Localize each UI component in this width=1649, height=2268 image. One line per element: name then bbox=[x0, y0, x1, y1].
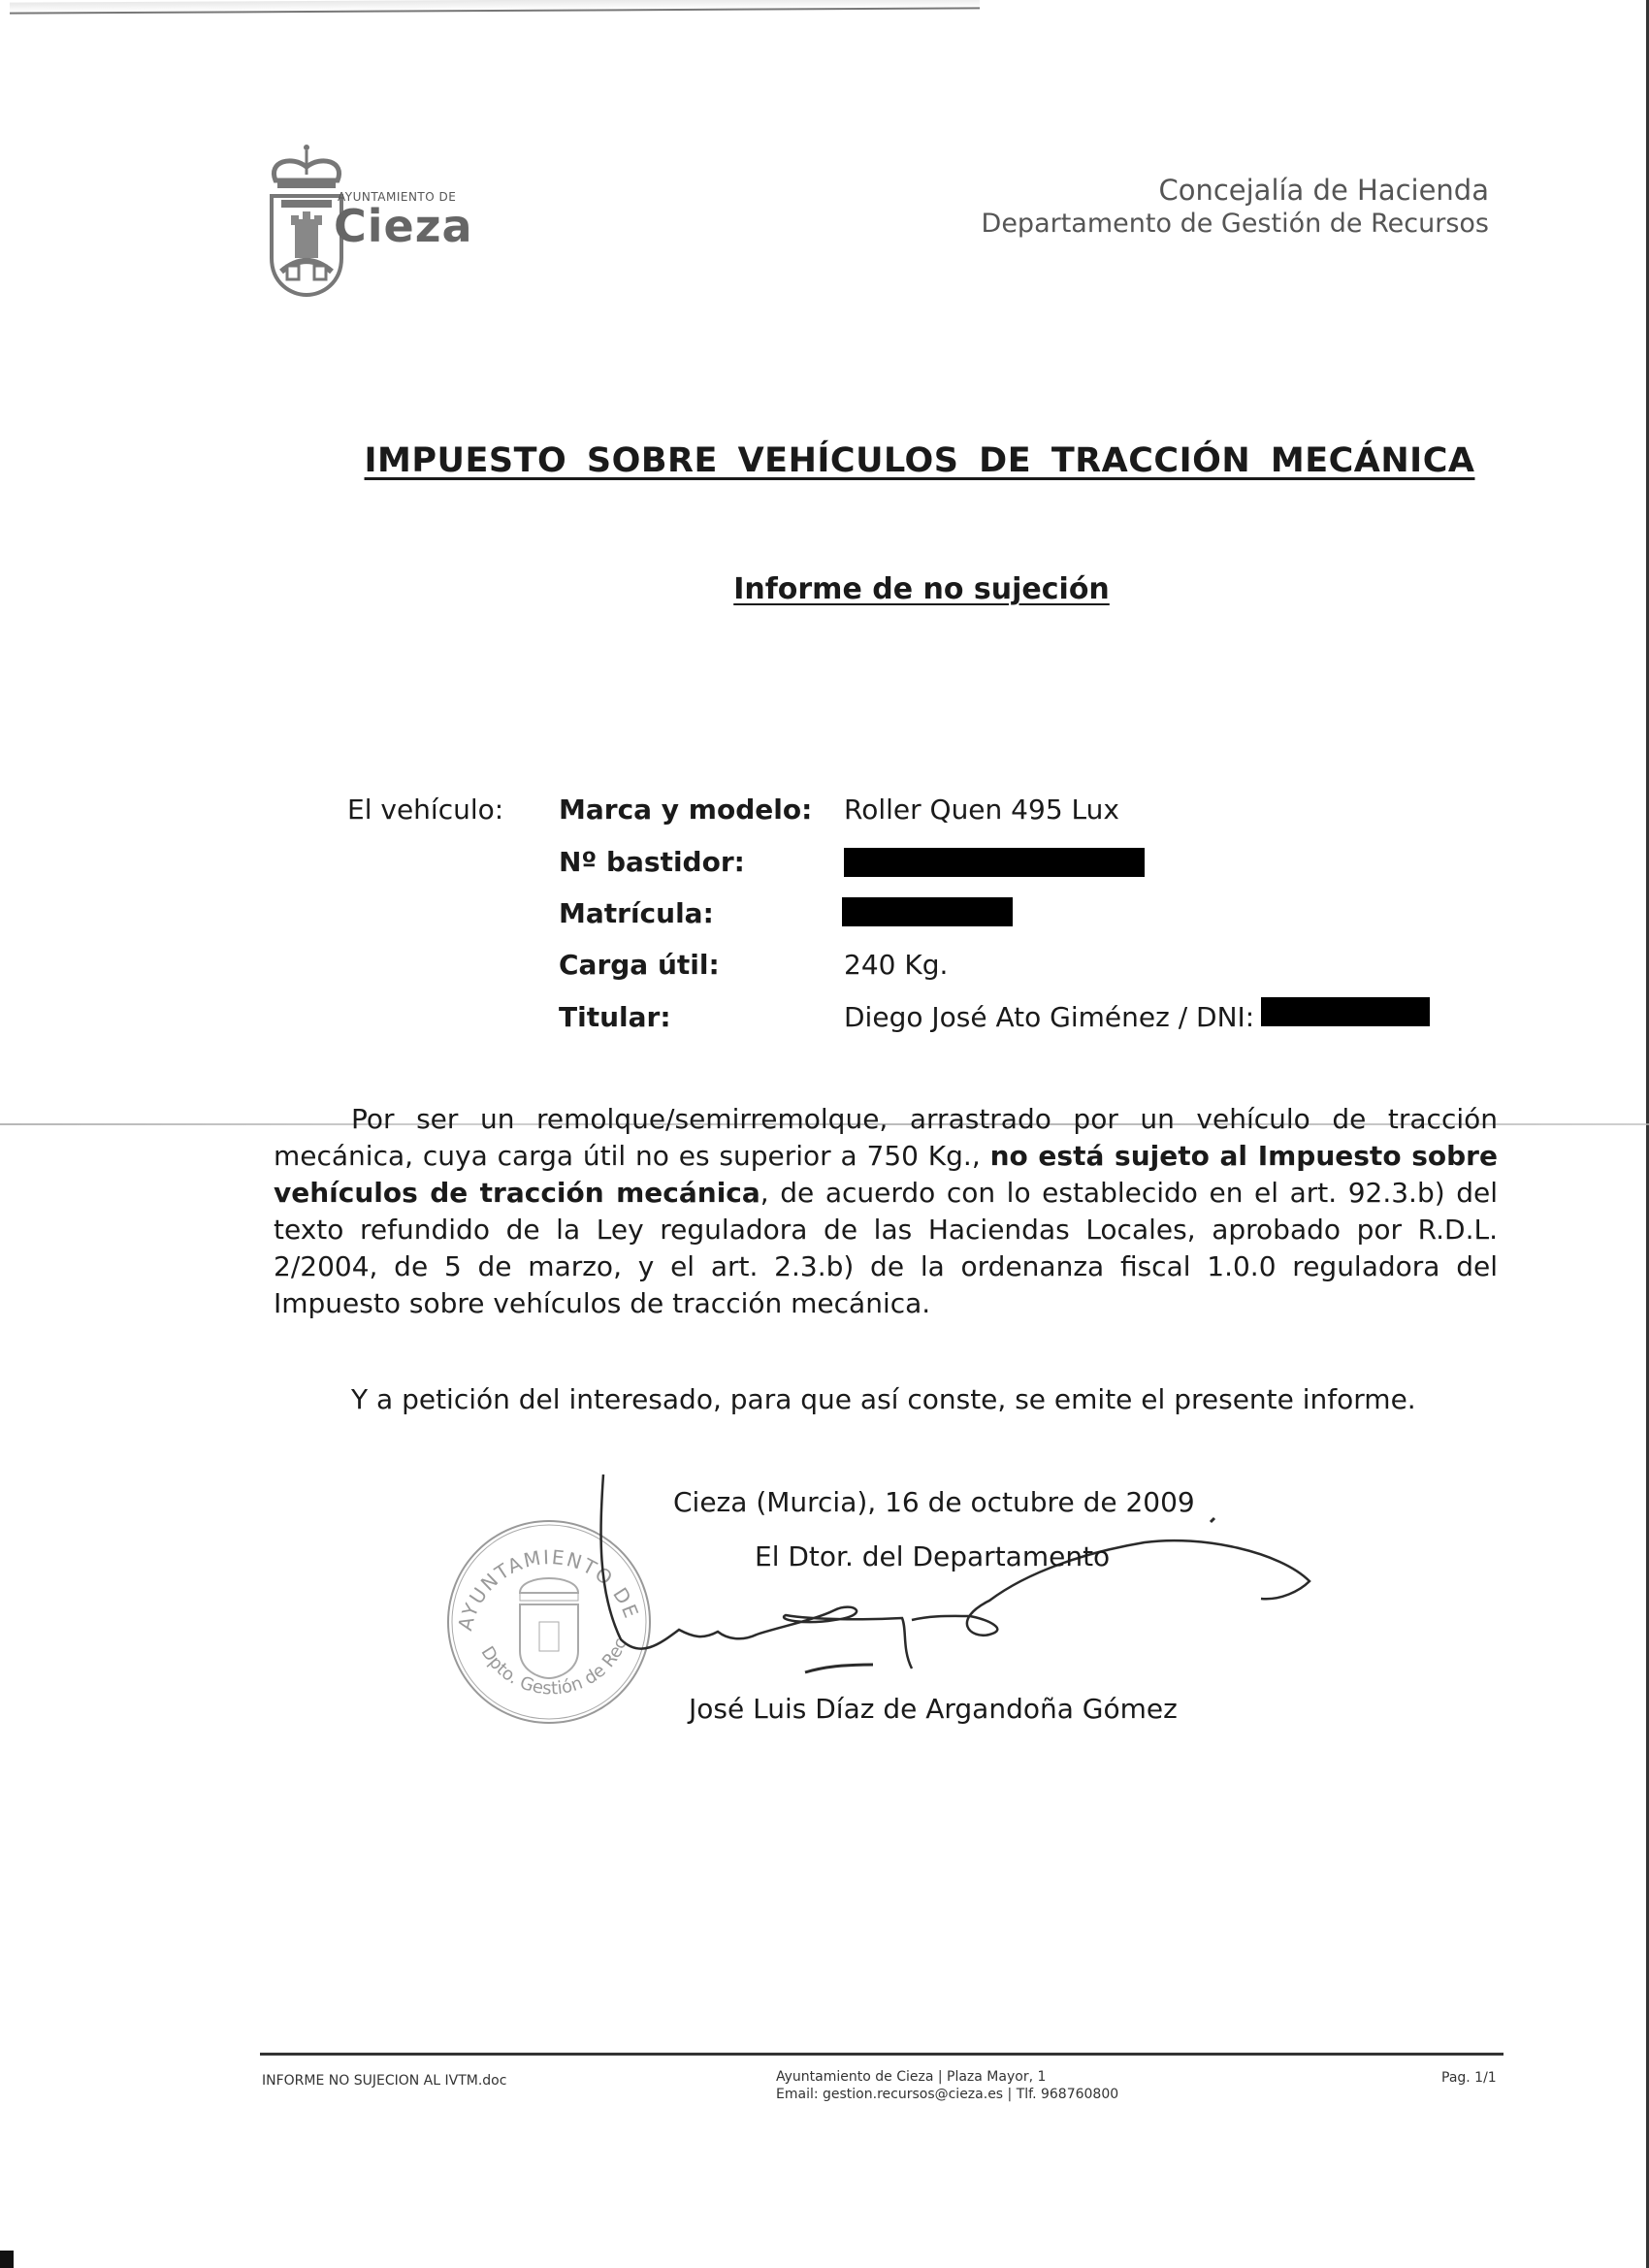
redacted-dni bbox=[1261, 997, 1430, 1026]
field-value-payload: 240 Kg. bbox=[844, 949, 948, 981]
closing-sentence: Y a petición del interesado, para que as… bbox=[351, 1383, 1416, 1415]
field-value-owner: Diego José Ato Giménez / DNI: bbox=[844, 1001, 1254, 1033]
document-title: IMPUESTO SOBRE VEHÍCULOS DE TRACCIÓN MEC… bbox=[355, 441, 1484, 480]
document-subtitle: Informe de no sujeción bbox=[582, 572, 1261, 606]
footer-filename: INFORME NO SUJECION AL IVTM.doc bbox=[262, 2073, 506, 2089]
footer-divider bbox=[260, 2053, 1503, 2056]
logo-name: Cieza bbox=[334, 200, 473, 252]
field-label-chassis: Nº bastidor: bbox=[559, 846, 745, 878]
scan-edge-corner bbox=[0, 2251, 14, 2268]
department-line-1: Concejalía de Hacienda bbox=[982, 173, 1489, 208]
field-value-brand-model: Roller Quen 495 Lux bbox=[844, 794, 1119, 826]
scan-edge-top bbox=[10, 0, 980, 15]
department-line-2: Departamento de Gestión de Recursos bbox=[982, 208, 1489, 241]
signer-position: El Dtor. del Departamento bbox=[755, 1540, 1110, 1572]
field-label-payload: Carga útil: bbox=[559, 949, 720, 981]
footer-address: Ayuntamiento de Cieza | Plaza Mayor, 1 bbox=[776, 2068, 1118, 2086]
legal-paragraph: Por ser un remolque/semirremolque, arras… bbox=[274, 1101, 1498, 1322]
vehicle-section-label: El vehículo: bbox=[347, 794, 503, 826]
field-label-owner: Titular: bbox=[559, 1001, 671, 1033]
place-and-date: Cieza (Murcia), 16 de octubre de 2009 bbox=[673, 1486, 1195, 1518]
department-heading: Concejalía de Hacienda Departamento de G… bbox=[982, 173, 1489, 241]
field-label-brand-model: Marca y modelo: bbox=[559, 794, 812, 826]
signer-name: José Luis Díaz de Argandoña Gómez bbox=[689, 1693, 1178, 1725]
footer-email-phone: Email: gestion.recursos@cieza.es | Tlf. … bbox=[776, 2086, 1118, 2103]
footer-page-number: Pag. 1/1 bbox=[1441, 2070, 1497, 2086]
field-label-plate: Matrícula: bbox=[559, 897, 714, 929]
redacted-chassis-number bbox=[844, 848, 1145, 877]
footer-contact: Ayuntamiento de Cieza | Plaza Mayor, 1 E… bbox=[776, 2068, 1118, 2103]
redacted-plate-number bbox=[842, 897, 1013, 926]
